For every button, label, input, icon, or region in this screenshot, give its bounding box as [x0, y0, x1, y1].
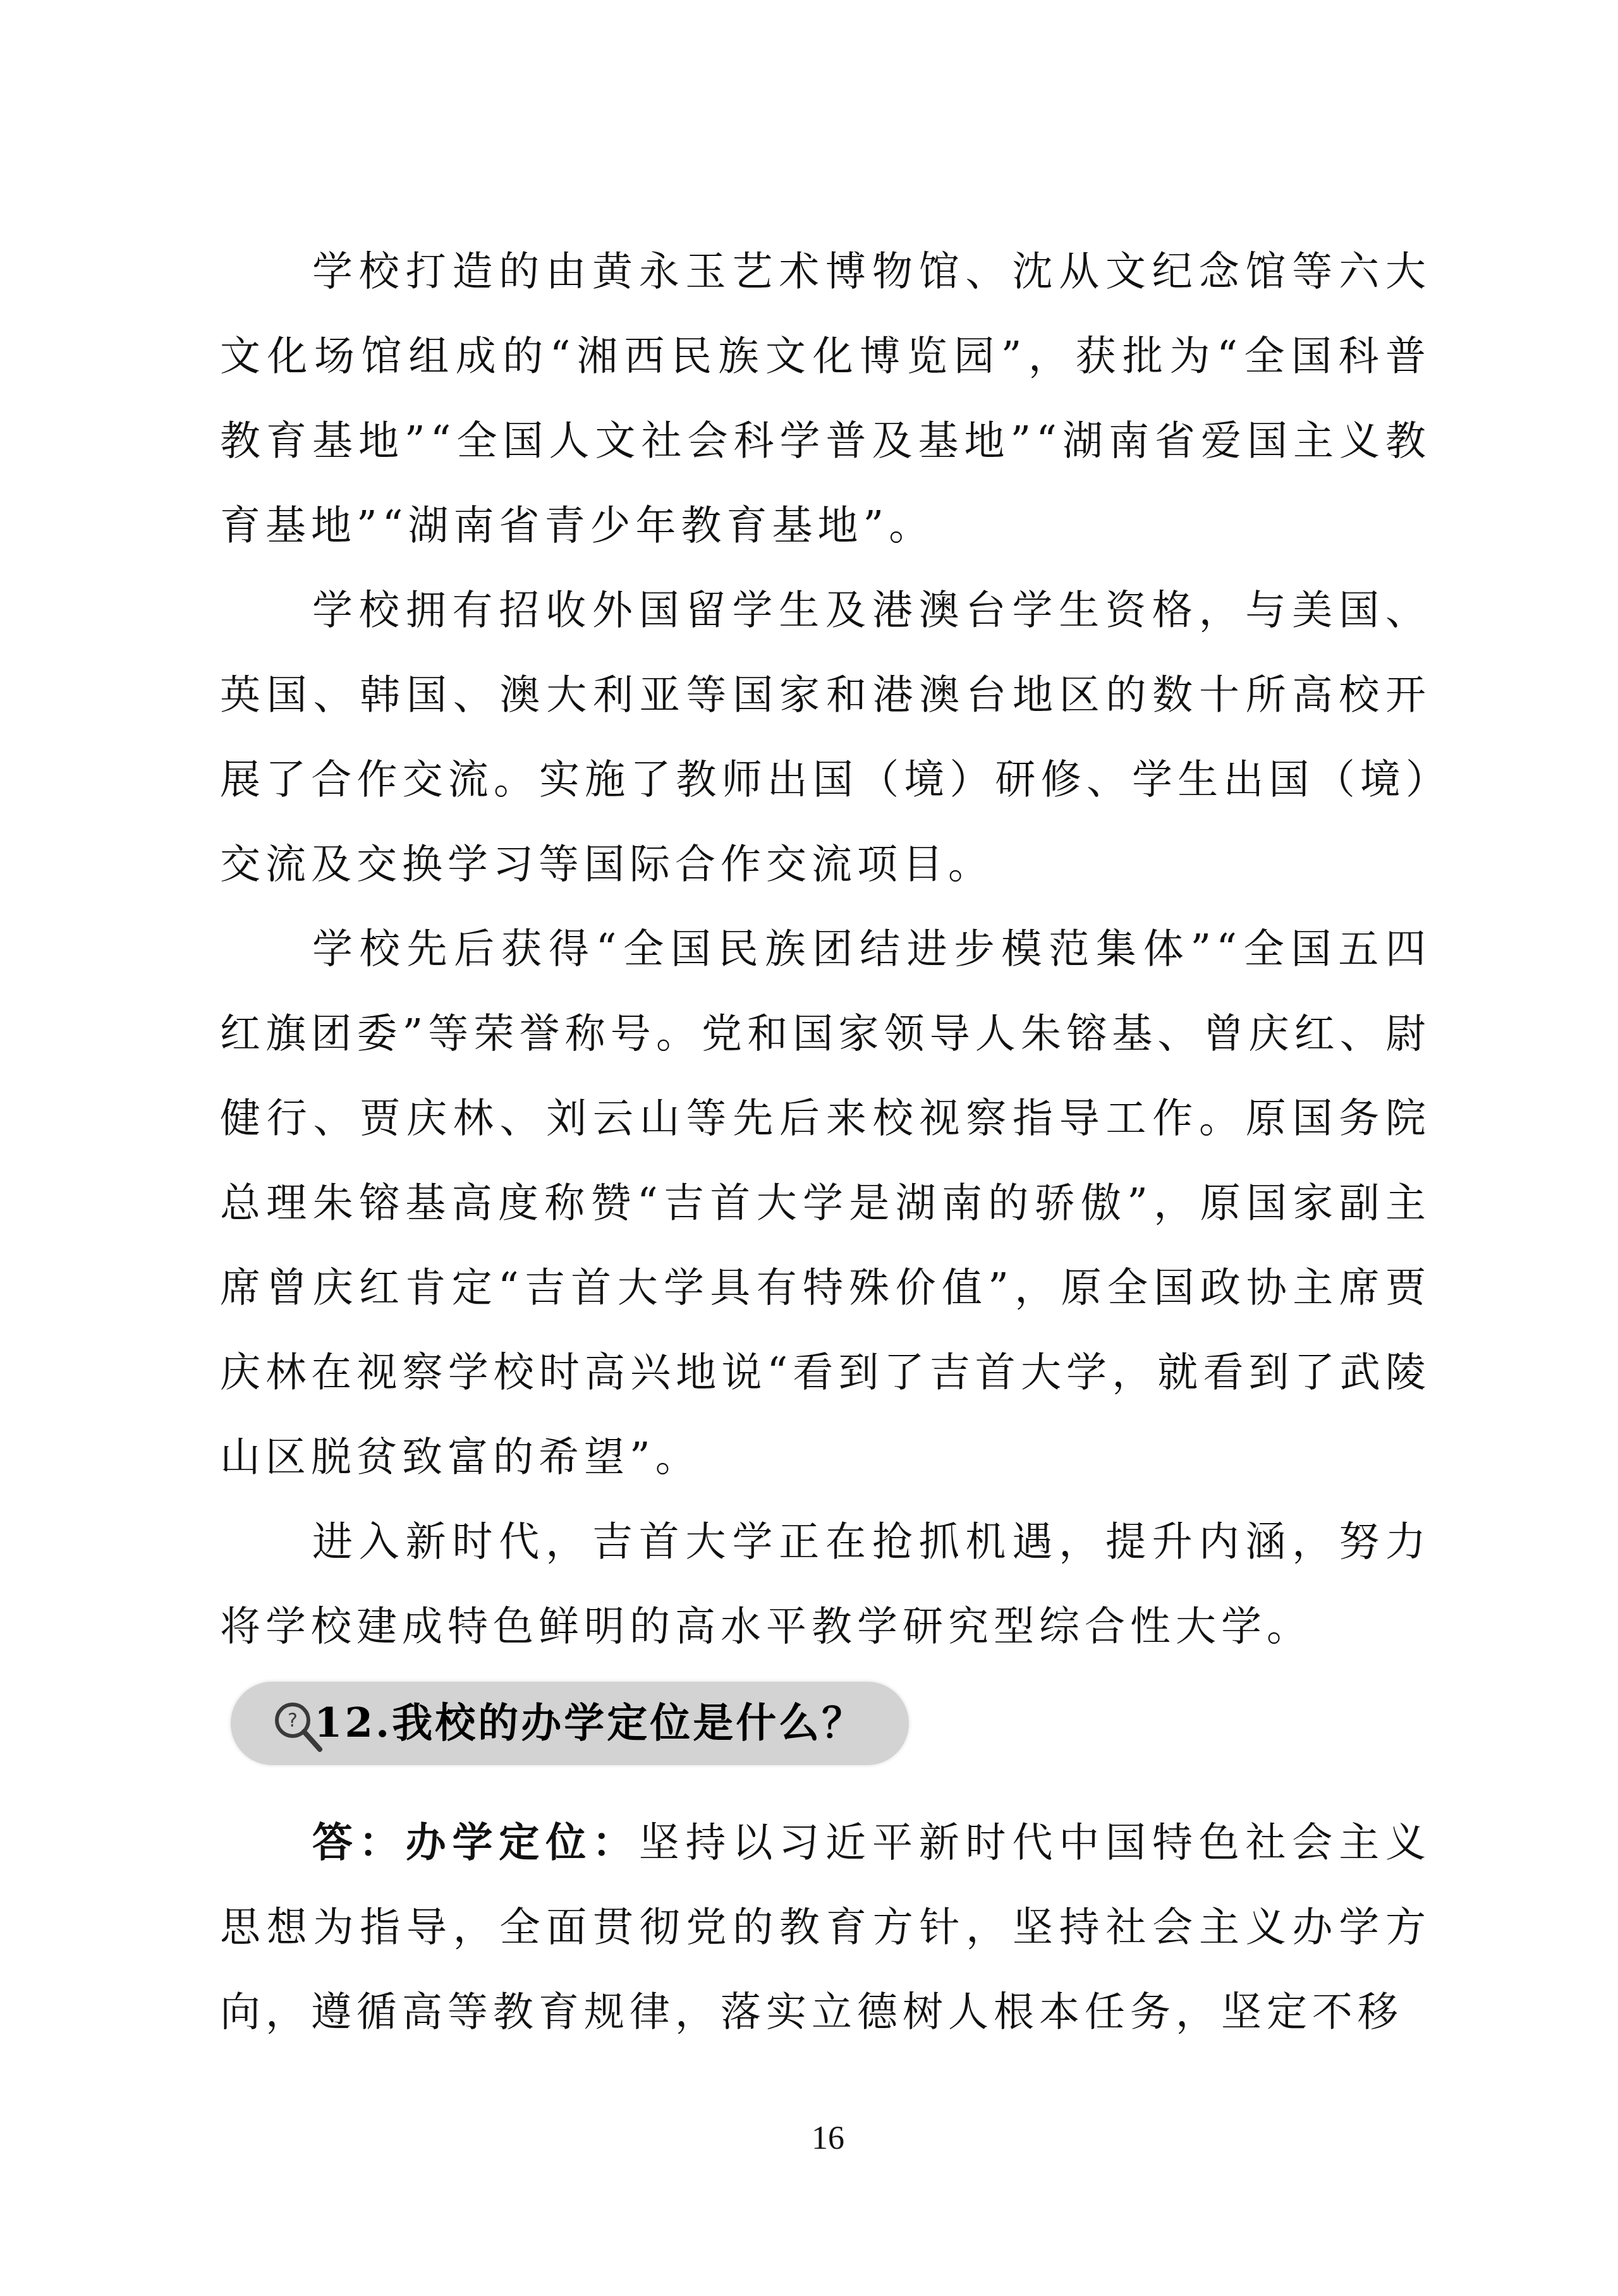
question-title: 我校的办学定位是什么？ [392, 1699, 865, 1747]
document-page: 学校打造的由黄永玉艺术博物馆、沈从文纪念馆等六大文化场馆组成的“湘西民族文化博览… [0, 0, 1618, 2296]
paragraph-international-exchange: 学校拥有招收外国留学生及港澳台学生资格，与美国、英国、韩国、澳大利亚等国家和港澳… [220, 568, 1431, 907]
page-number: 16 [777, 2118, 879, 2159]
answer-label: 答：办学定位： [312, 1819, 639, 1866]
paragraph-new-era: 进入新时代，吉首大学正在抢抓机遇，提升内涵，努力将学校建成特色鲜明的高水平教学研… [220, 1500, 1431, 1669]
svg-text:?: ? [288, 1710, 298, 1732]
body-text: 学校打造的由黄永玉艺术博物馆、沈从文纪念馆等六大文化场馆组成的“湘西民族文化博览… [220, 229, 1431, 1669]
question-number: 12. [314, 1699, 392, 1747]
paragraph-museums: 学校打造的由黄永玉艺术博物馆、沈从文纪念馆等六大文化场馆组成的“湘西民族文化博览… [220, 229, 1431, 568]
answer-text: 答：办学定位：坚持以习近平新时代中国特色社会主义思想为指导，全面贯彻党的教育方针… [220, 1801, 1431, 2055]
paragraph-honors: 学校先后获得“全国民族团结进步模范集体”“全国五四红旗团委”等荣誉称号。党和国家… [220, 907, 1431, 1500]
answer-paragraph: 答：办学定位：坚持以习近平新时代中国特色社会主义思想为指导，全面贯彻党的教育方针… [220, 1801, 1431, 2055]
question-heading: 12.我校的办学定位是什么？ [314, 1682, 865, 1765]
